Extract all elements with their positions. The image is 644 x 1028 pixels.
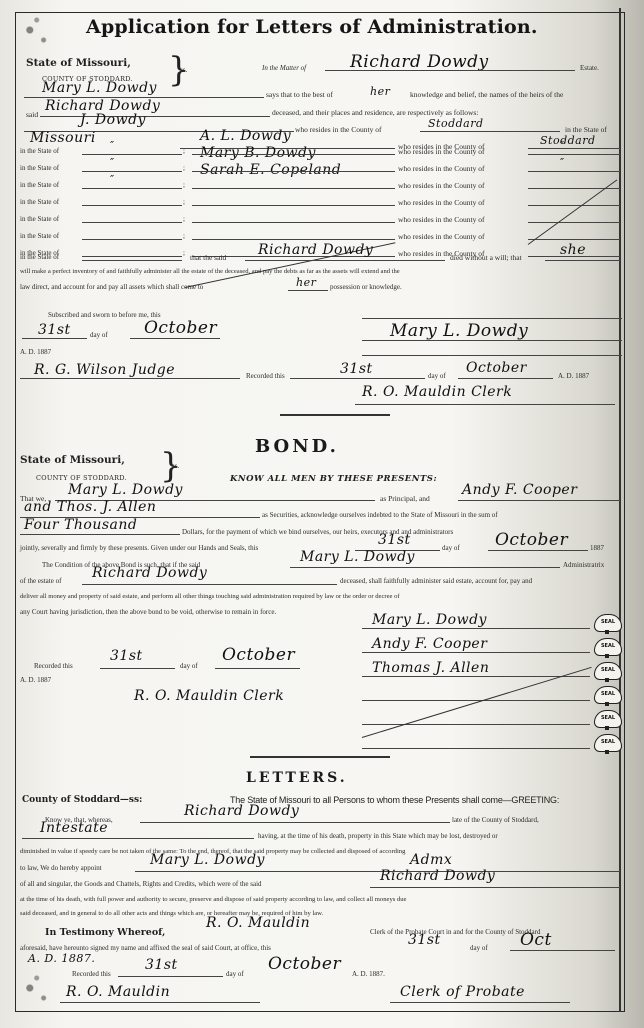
applicant-signature: Mary L. Dowdy	[390, 321, 528, 341]
possession-text: possession or knowledge.	[330, 283, 402, 291]
section-divider	[250, 756, 390, 758]
seal-icon: SEAL	[594, 686, 622, 704]
securities-text: as Securities, acknowledge ourselves ind…	[262, 511, 498, 519]
as-principal: as Principal, and	[380, 494, 430, 503]
signature-line	[362, 628, 590, 629]
heir-state: ″	[110, 139, 115, 152]
bond-recorded-month: October	[222, 645, 295, 665]
in-matter-label: In the Matter of	[262, 64, 306, 72]
sworn-year: A. D. 1887	[20, 348, 51, 356]
separator: ;	[183, 198, 185, 206]
application-title: Application for Letters of Administratio…	[86, 16, 538, 38]
late-of: late of the County of Stoddard,	[452, 816, 539, 824]
day-of-4: day of	[180, 662, 198, 670]
signature-line	[362, 652, 590, 653]
given-day: 31st	[378, 532, 411, 548]
testimony-month: Oct	[520, 930, 552, 950]
bond-recorded-day: 31st	[110, 648, 143, 664]
law-text: law direct, and account for and pay all …	[20, 283, 203, 291]
appoint-text: to law, We do hereby appoint	[20, 864, 102, 872]
day-of-2: day of	[428, 372, 446, 380]
resides-text: who resides in the County of	[398, 198, 484, 207]
aforesaid-text: aforesaid, have hereunto signed my name …	[20, 944, 271, 952]
resides-text: who resides in the County of	[398, 215, 484, 224]
having-text: having, at the time of his death, proper…	[258, 832, 498, 840]
signature-line	[362, 748, 590, 749]
resides-text: who resides in the County of	[398, 181, 484, 190]
admx: Admx	[410, 852, 452, 868]
letters-recorded-label: Recorded this	[72, 970, 111, 978]
sworn-day: 31st	[38, 322, 71, 338]
died-text: died without a will; that	[450, 253, 522, 262]
bond-title: BOND.	[255, 436, 339, 457]
document-page: Application for Letters of Administratio…	[0, 0, 644, 1028]
sworn-month: October	[144, 318, 217, 338]
bond-county-label: COUNTY OF STODDARD.	[36, 474, 127, 482]
bond-amount: Four Thousand	[24, 517, 137, 533]
goods-text: of all and singular, the Goods and Chatt…	[20, 880, 262, 888]
given-year: 1887	[590, 544, 604, 552]
letters-deceased: Richard Dowdy	[184, 803, 299, 819]
applicant-name: Mary L. Dowdy	[42, 80, 157, 96]
seal-icon: SEAL	[594, 662, 622, 680]
heir-name: A. L. Dowdy	[200, 128, 291, 144]
recorded-day: 31st	[340, 361, 373, 377]
separator: ;	[183, 249, 185, 257]
resides-text: who resides in the County of	[398, 147, 484, 156]
resides-text: who resides in the County of	[398, 232, 484, 241]
time-text: at the time of his death, with full powe…	[20, 896, 406, 903]
heir-county: Stoddard	[540, 134, 596, 147]
seal-icon: SEAL	[594, 734, 622, 752]
heir-county: ″	[560, 156, 565, 169]
resides-text: who resides in the County of	[398, 164, 484, 173]
said-label: said	[26, 110, 38, 119]
testimony-clerk-name: R. O. Mauldin	[206, 915, 310, 931]
heir-county: ″	[560, 139, 565, 152]
state-label: State of Missouri,	[26, 57, 131, 69]
letters-title: LETTERS.	[246, 770, 348, 786]
pronoun-her-2: her	[296, 276, 316, 289]
separator: ;	[183, 181, 185, 189]
matter-name: Richard Dowdy	[350, 52, 489, 72]
judge-signature: R. G. Wilson Judge	[34, 362, 175, 378]
separator: ;	[183, 147, 185, 155]
clerk-text: Clerk of the Probate Court in and for th…	[370, 928, 541, 936]
died-name: Richard Dowdy	[258, 242, 373, 258]
in-state-text: in the State of	[565, 125, 607, 134]
heir-state: ″	[110, 173, 115, 186]
bond-signature: Thomas J. Allen	[372, 660, 489, 676]
bond-recorded-year: A. D. 1887	[20, 676, 51, 684]
corner-ornament-bottom-left	[16, 968, 62, 1018]
bond-recorded-label: Recorded this	[34, 662, 73, 670]
separator: ;	[183, 164, 185, 172]
letters-recorded-month: October	[268, 954, 341, 974]
jointly-text: jointly, severally and firmly by these p…	[20, 544, 258, 552]
bond-signature: Mary L. Dowdy	[372, 612, 487, 628]
in-state-label: in the State of	[20, 198, 59, 206]
pronoun-her: her	[370, 85, 390, 98]
bond-deceased-text: deceased, shall faithfully administer sa…	[340, 577, 532, 585]
letters-day-of: day of	[226, 970, 244, 978]
letters-recorded-year: A. D. 1887.	[352, 970, 385, 978]
admin-name: Mary L. Dowdy	[300, 549, 415, 565]
appointee: Mary L. Dowdy	[150, 852, 265, 868]
bottom-signature: R. O. Mauldin	[66, 984, 170, 1000]
day-of-3: day of	[442, 544, 460, 552]
heir-county: Stoddard	[428, 117, 484, 130]
separator: ;	[183, 232, 185, 240]
estate-suffix: Estate.	[580, 64, 599, 72]
in-state-label: in the State of	[20, 215, 59, 223]
corner-ornament-top-left	[16, 10, 62, 60]
bottom-title: Clerk of Probate	[400, 984, 525, 1000]
heir-name: J. Dowdy	[80, 112, 146, 128]
in-state-label: in the State of	[20, 147, 59, 155]
signature-line	[362, 724, 590, 725]
bond-state-label: State of Missouri,	[20, 454, 125, 466]
court-text: any Court having jurisdiction, then the …	[20, 608, 276, 616]
recorded-label: Recorded this	[246, 372, 285, 380]
testimony-day-of: day of	[470, 944, 488, 952]
testimony-day: 31st	[408, 932, 441, 948]
clerk-signature: R. O. Mauldin Clerk	[362, 384, 512, 400]
inventory-text: will make a perfect inventory of and fai…	[20, 268, 400, 275]
in-state-label: in the State of	[20, 253, 59, 261]
principal-name: Mary L. Dowdy	[68, 482, 183, 498]
surety-2: and Thos. J. Allen	[24, 499, 156, 515]
heir-name: Mary B. Dowdy	[200, 145, 316, 161]
section-divider	[280, 414, 390, 416]
intestate: Intestate	[40, 820, 108, 836]
in-state-label: in the State of	[20, 164, 59, 172]
separator: ;	[183, 215, 185, 223]
letters-recorded-day: 31st	[145, 957, 178, 973]
pronoun-she: she	[560, 242, 586, 258]
bond-ss: ss.	[172, 462, 179, 470]
bond-clerk-signature: R. O. Mauldin Clerk	[134, 688, 284, 704]
in-state-label: in the State of	[20, 232, 59, 240]
estate-name: Richard Dowdy	[92, 565, 207, 581]
know-all-men: KNOW ALL MEN BY THESE PRESENTS:	[230, 474, 437, 484]
testimony-year: A. D. 1887.	[28, 952, 95, 965]
knowledge-text: knowledge and belief, the names of the h…	[410, 90, 563, 99]
administratrix: Administratrix	[563, 561, 604, 569]
surety-1: Andy F. Cooper	[462, 482, 577, 498]
dollars-text: Dollars, for the payment of which we bin…	[182, 528, 453, 536]
seal-icon: SEAL	[594, 614, 622, 632]
recorded-year: A. D. 1887	[558, 372, 589, 380]
seal-icon: SEAL	[594, 638, 622, 656]
testimony-label: In Testimony Whereof,	[45, 927, 165, 938]
page-border-right	[619, 8, 621, 1012]
seal-icon: SEAL	[594, 710, 622, 728]
deliver-text: deliver all money and property of said e…	[20, 593, 400, 600]
in-state-label: in the State of	[20, 181, 59, 189]
bond-signature: Andy F. Cooper	[372, 636, 487, 652]
deceased-text: deceased, and their places and residence…	[272, 108, 478, 117]
given-month: October	[495, 530, 568, 550]
heir-state: Missouri	[30, 130, 96, 146]
heir-name: Sarah E. Copeland	[200, 162, 341, 178]
estate-of: of the estate of	[20, 577, 61, 585]
recorded-month: October	[466, 360, 527, 376]
goods-name: Richard Dowdy	[380, 868, 495, 884]
resides-text: who resides in the County of	[295, 125, 381, 134]
that-said-text: that the said	[190, 253, 226, 262]
day-of: day of	[90, 331, 108, 339]
says-text: says that to the best of	[266, 90, 333, 99]
ss-label: ss.	[180, 66, 187, 74]
heir-state: ″	[110, 156, 115, 169]
letters-county-label: County of Stoddard—ss:	[22, 795, 142, 805]
